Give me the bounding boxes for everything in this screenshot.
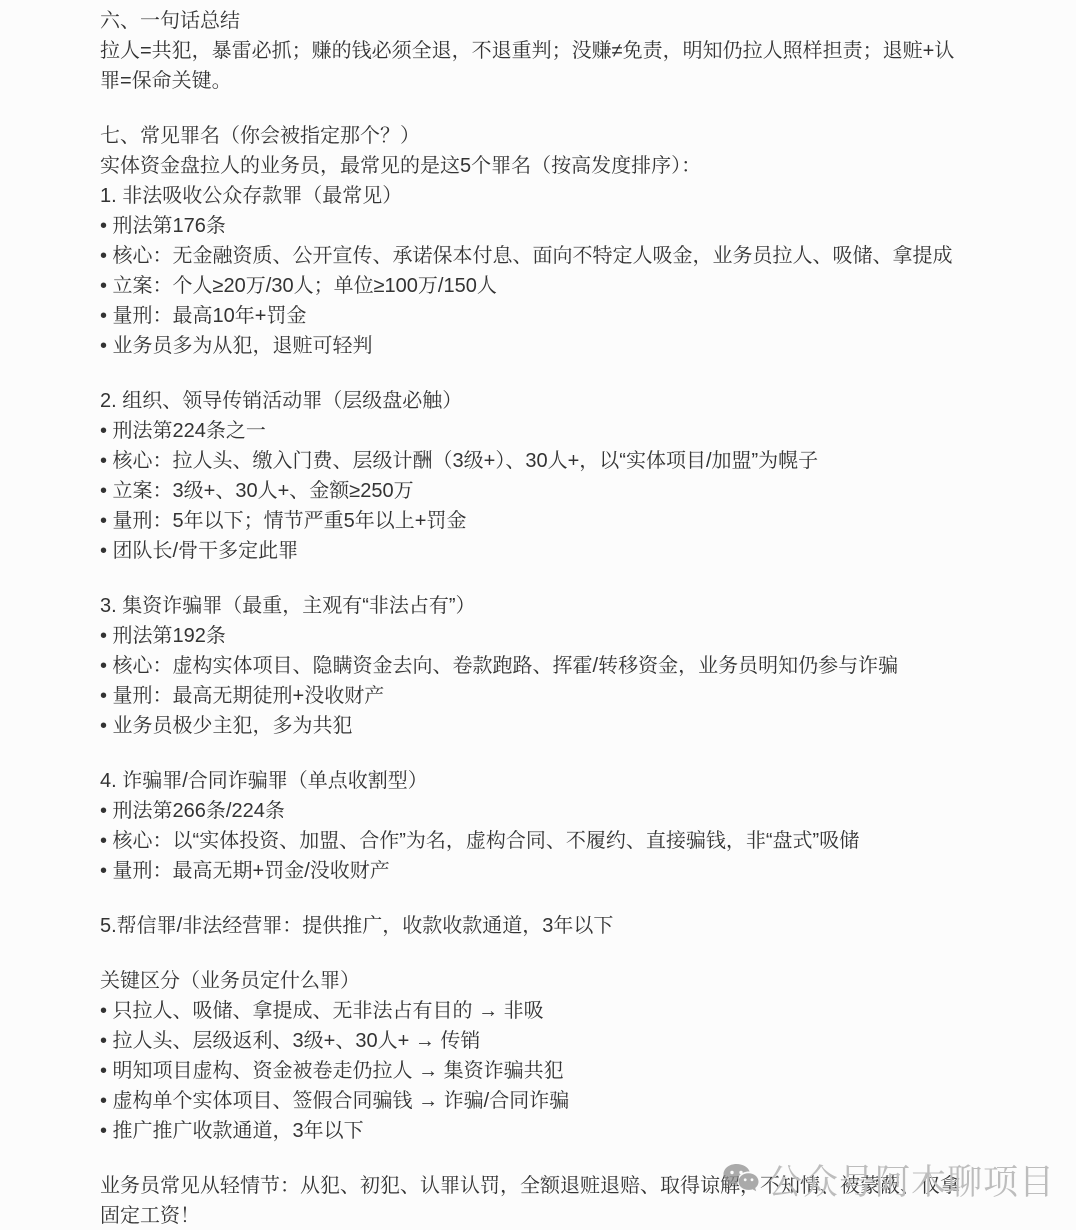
text-line: • 团队长/骨干多定此罪 bbox=[100, 536, 1030, 566]
text-block: 七、常见罪名（你会被指定那个？）实体资金盘拉人的业务员，最常见的是这5个罪名（按… bbox=[100, 121, 1030, 361]
text-line: • 只拉人、吸储、拿提成、无非法占有目的 → 非吸 bbox=[100, 996, 1030, 1026]
text-line: • 立案：个人≥20万/30人；单位≥100万/150人 bbox=[100, 271, 1030, 301]
text-line: • 拉人头、层级返利、3级+、30人+ → 传销 bbox=[100, 1026, 1030, 1056]
text-line: 固定工资！ bbox=[100, 1201, 1030, 1230]
text-line: 2. 组织、领导传销活动罪（层级盘必触） bbox=[100, 386, 1030, 416]
text-line: • 刑法第266条/224条 bbox=[100, 796, 1030, 826]
text-line: • 量刑：最高10年+罚金 bbox=[100, 301, 1030, 331]
text-line: 1. 非法吸收公众存款罪（最常见） bbox=[100, 181, 1030, 211]
text-line: • 推广推广收款通道，3年以下 bbox=[100, 1116, 1030, 1146]
text-line: 六、一句话总结 bbox=[100, 6, 1030, 36]
text-block: 3. 集资诈骗罪（最重，主观有“非法占有”）• 刑法第192条• 核心：虚构实体… bbox=[100, 591, 1030, 741]
text-line: 拉人=共犯，暴雷必抓；赚的钱必须全退，不退重判；没赚≠免责，明知仍拉人照样担责；… bbox=[100, 36, 1030, 66]
text-line: • 业务员极少主犯，多为共犯 bbox=[100, 711, 1030, 741]
text-block: 4. 诈骗罪/合同诈骗罪（单点收割型）• 刑法第266条/224条• 核心：以“… bbox=[100, 766, 1030, 886]
text-line: • 量刑：最高无期徒刑+没收财产 bbox=[100, 681, 1030, 711]
text-line: • 核心：虚构实体项目、隐瞒资金去向、卷款跑路、挥霍/转移资金，业务员明知仍参与… bbox=[100, 651, 1030, 681]
text-line: • 刑法第192条 bbox=[100, 621, 1030, 651]
text-line: 4. 诈骗罪/合同诈骗罪（单点收割型） bbox=[100, 766, 1030, 796]
text-line: 七、常见罪名（你会被指定那个？） bbox=[100, 121, 1030, 151]
text-block: 2. 组织、领导传销活动罪（层级盘必触）• 刑法第224条之一• 核心：拉人头、… bbox=[100, 386, 1030, 566]
text-line: 5.帮信罪/非法经营罪：提供推广，收款收款通道，3年以下 bbox=[100, 911, 1030, 941]
text-line: • 核心：无金融资质、公开宣传、承诺保本付息、面向不特定人吸金，业务员拉人、吸储… bbox=[100, 241, 1030, 271]
text-line: • 虚构单个实体项目、签假合同骗钱 → 诈骗/合同诈骗 bbox=[100, 1086, 1030, 1116]
text-line: • 核心：以“实体投资、加盟、合作”为名，虚构合同、不履约、直接骗钱，非“盘式”… bbox=[100, 826, 1030, 856]
text-block: 六、一句话总结拉人=共犯，暴雷必抓；赚的钱必须全退，不退重判；没赚≠免责，明知仍… bbox=[100, 6, 1030, 96]
text-line: 罪=保命关键。 bbox=[100, 66, 1030, 96]
text-line: • 立案：3级+、30人+、金额≥250万 bbox=[100, 476, 1030, 506]
text-line: • 核心：拉人头、缴入门费、层级计酬（3级+）、30人+，以“实体项目/加盟”为… bbox=[100, 446, 1030, 476]
text-block: 业务员常见从轻情节：从犯、初犯、认罪认罚，全额退赃退赔、取得谅解，不知情、被蒙蔽… bbox=[100, 1171, 1030, 1230]
text-line: • 量刑：最高无期+罚金/没收财产 bbox=[100, 856, 1030, 886]
text-line: 3. 集资诈骗罪（最重，主观有“非法占有”） bbox=[100, 591, 1030, 621]
text-line: • 刑法第176条 bbox=[100, 211, 1030, 241]
text-line: • 明知项目虚构、资金被卷走仍拉人 → 集资诈骗共犯 bbox=[100, 1056, 1030, 1086]
text-line: • 业务员多为从犯，退赃可轻判 bbox=[100, 331, 1030, 361]
text-block: 关键区分（业务员定什么罪）• 只拉人、吸储、拿提成、无非法占有目的 → 非吸• … bbox=[100, 966, 1030, 1146]
text-line: • 刑法第224条之一 bbox=[100, 416, 1030, 446]
text-line: • 量刑：5年以下；情节严重5年以上+罚金 bbox=[100, 506, 1030, 536]
document-body: 六、一句话总结拉人=共犯，暴雷必抓；赚的钱必须全退，不退重判；没赚≠免责，明知仍… bbox=[100, 6, 1030, 1230]
text-block: 5.帮信罪/非法经营罪：提供推广，收款收款通道，3年以下 bbox=[100, 911, 1030, 941]
text-line: 业务员常见从轻情节：从犯、初犯、认罪认罚，全额退赃退赔、取得谅解，不知情、被蒙蔽… bbox=[100, 1171, 1030, 1201]
text-line: 关键区分（业务员定什么罪） bbox=[100, 966, 1030, 996]
text-line: 实体资金盘拉人的业务员，最常见的是这5个罪名（按高发度排序）： bbox=[100, 151, 1030, 181]
